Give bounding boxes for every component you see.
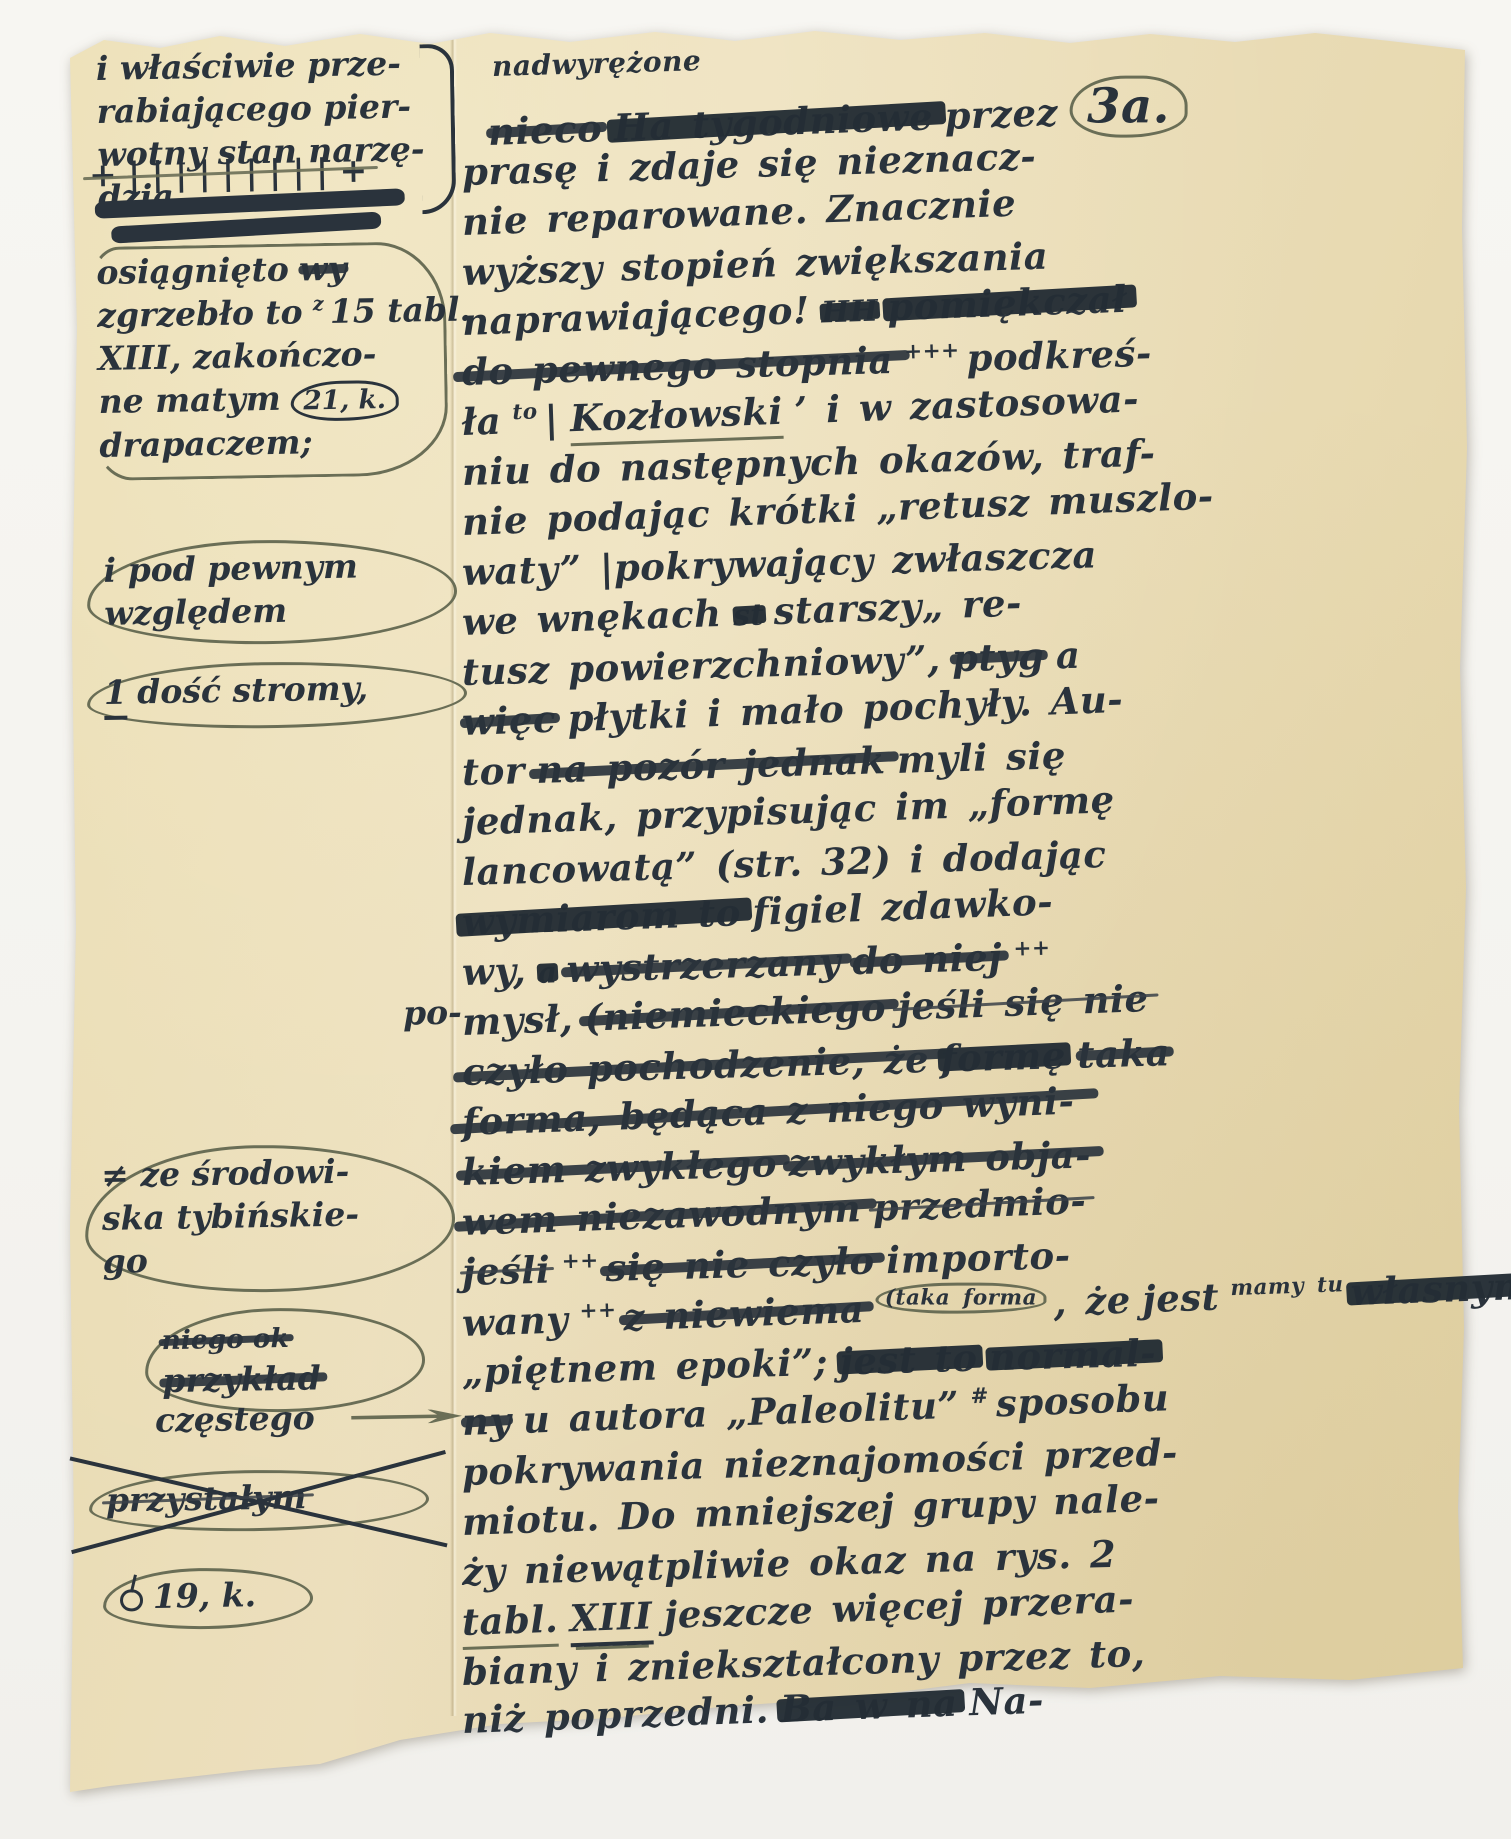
margin-line: 1dość stromy, xyxy=(104,666,445,720)
margin-note-zgrzeblo: osiągniętowyzgrzebło toz15 tabl.XIII, za… xyxy=(89,241,449,481)
text-segment: „piętnem epoki”; xyxy=(461,1340,828,1394)
text-segment: starszy„ re- xyxy=(773,580,1023,633)
text-segment: wystrzerzany xyxy=(566,939,841,991)
text-segment: | xyxy=(544,397,559,441)
text-segment: Na- xyxy=(968,1678,1044,1725)
text-segment: ’ i w zastosowa- xyxy=(794,376,1140,432)
text-segment: względem xyxy=(104,590,287,636)
text-segment: zwykłym obja- xyxy=(788,1132,1092,1184)
text-segment: do niej xyxy=(852,935,1003,983)
text-segment: mysł, xyxy=(461,996,574,1044)
margin-line: niego ok xyxy=(161,1313,402,1360)
text-segment: się nie czyło xyxy=(605,1238,875,1289)
text-segment: sposobu xyxy=(995,1375,1170,1425)
scribbled-out-line xyxy=(111,212,382,244)
text-segment: kiem zwykłego xyxy=(461,1141,777,1194)
margin-note-srodowisko: ≠ ze środowi-ska tybińskie-go xyxy=(84,1142,457,1295)
text-segment: 19, k. xyxy=(152,1574,256,1619)
margin-annotations-column: i właściwie prze-rabiającego pier-wotny … xyxy=(85,0,460,1839)
text-segment: formę xyxy=(940,1033,1066,1080)
text-segment: drapaczem; xyxy=(99,421,313,468)
text-segment: 21, k. xyxy=(291,379,399,421)
text-segment: st xyxy=(732,596,765,632)
scanned-manuscript: i właściwie prze-rabiającego pier-wotny … xyxy=(0,0,1511,1839)
text-segment: +++ xyxy=(904,338,960,365)
text-segment: to xyxy=(512,399,538,425)
margin-scribbled-out-words xyxy=(95,185,406,245)
margin-line: osiągniętowy xyxy=(96,246,427,295)
text-segment: zgrzebło to xyxy=(97,291,303,337)
text-segment: na pozór jednak xyxy=(536,738,886,792)
text-segment: przedmio- xyxy=(872,1178,1087,1229)
text-segment: taka xyxy=(1077,1030,1171,1077)
text-segment: ++ xyxy=(1013,936,1051,962)
text-segment: pomiękczał xyxy=(887,277,1128,329)
text-segment: wymiarom to xyxy=(461,890,741,944)
text-segment: a xyxy=(537,954,558,990)
text-segment: 1 xyxy=(104,672,128,720)
text-segment: częstego xyxy=(155,1397,315,1443)
text-segment: ne matym xyxy=(98,377,281,423)
text-segment: wy, xyxy=(461,948,526,994)
text-segment: wy xyxy=(299,248,347,292)
text-segment: Kozłowski xyxy=(569,389,783,446)
text-segment: wany xyxy=(461,1297,569,1345)
text-segment: nadwyrężone xyxy=(492,44,702,83)
margin-note-19k: 19, k. xyxy=(102,1566,313,1631)
text-line: nadwyrężone xyxy=(492,44,711,83)
margin-line: przystałym xyxy=(106,1474,407,1522)
text-segment: tabl. xyxy=(461,1597,559,1650)
text-segment: , że xyxy=(1053,1278,1132,1325)
margin-note-crossed-out: przystałym xyxy=(88,1467,429,1534)
text-segment: jeśli xyxy=(461,1248,551,1294)
margin-line: go xyxy=(102,1235,433,1284)
text-segment: jeśli się nie xyxy=(897,976,1149,1029)
pin-icon xyxy=(120,1589,143,1612)
text-segment: ptyg xyxy=(951,634,1045,681)
text-segment: osiągnięto xyxy=(96,249,289,295)
text-segment: po- xyxy=(403,992,463,1036)
text-segment: → xyxy=(342,1394,467,1439)
text-segment: HH xyxy=(821,292,879,329)
text-segment: naprawiającego! xyxy=(461,288,810,344)
text-segment: 15 tabl. xyxy=(329,288,471,333)
text-segment: jest xyxy=(1141,1275,1219,1322)
text-segment: tor xyxy=(461,748,525,794)
text-segment: więc xyxy=(461,697,556,744)
margin-line: ≠ ze środowi- xyxy=(101,1149,432,1198)
text-segment: we wnękach xyxy=(461,591,722,644)
margin-note-pod-pewnym: i pod pewnymwzględem xyxy=(86,537,458,647)
text-segment: ła xyxy=(461,399,502,444)
text-segment: ++ xyxy=(561,1248,599,1274)
text-segment: przykład xyxy=(162,1357,321,1403)
margin-line: względem xyxy=(104,587,435,636)
text-segment: (taka forma xyxy=(875,1283,1046,1314)
text-segment: go xyxy=(102,1240,148,1284)
text-segment: z niewiema xyxy=(623,1287,865,1339)
text-segment: u autora „Paleolitu” xyxy=(522,1383,960,1442)
text-segment: podkreś- xyxy=(966,331,1152,380)
margin-line: zgrzebło toz15 tabl. xyxy=(97,289,428,338)
text-segment: i pod pewnym xyxy=(103,546,358,593)
margin-line: rabiającego pier- xyxy=(96,85,434,134)
margin-note-dosc-stromy: 1dość stromy, xyxy=(86,659,467,732)
text-segment: niż poprzedni. xyxy=(461,1687,769,1742)
text-segment: a xyxy=(1055,633,1081,678)
margin-line: 19, k. xyxy=(120,1574,291,1620)
text-segment: 3a. xyxy=(1069,76,1187,138)
margin-line: i pod pewnym xyxy=(103,544,434,593)
text-segment: z xyxy=(313,292,324,317)
text-segment: mamy tu xyxy=(1230,1272,1344,1301)
text-segment: XIII xyxy=(569,1593,653,1647)
text-segment: normal- xyxy=(988,1331,1156,1380)
text-segment: dość stromy, xyxy=(137,667,369,714)
text-segment: ++ xyxy=(579,1298,617,1324)
margin-line: XIII, zakończo- xyxy=(98,332,429,381)
text-segment: rabiającego pier- xyxy=(96,85,411,133)
text-segment: myli się xyxy=(896,733,1066,782)
text-segment: przez xyxy=(944,90,1059,138)
text-segment: figiel zdawko- xyxy=(752,879,1054,933)
text-segment: przystałym xyxy=(106,1476,307,1522)
margin-line: ne matym21, k. xyxy=(98,375,429,425)
text-segment: ska tybińskie- xyxy=(102,1193,360,1240)
text-segment: do pewnego stopnia xyxy=(461,338,893,394)
margin-line: i właściwie prze- xyxy=(96,42,434,91)
margin-line: częstego→ xyxy=(155,1396,364,1443)
text-segment: wem niezawodnym xyxy=(461,1186,862,1244)
text-segment: ny xyxy=(461,1398,512,1444)
text-segment: ≠ ze środowi- xyxy=(101,1151,350,1198)
text-segment: importo- xyxy=(886,1233,1072,1282)
main-text-column: nadwyrężoneniecoHa tygodnioweprzez3a.pra… xyxy=(462,0,1482,1839)
text-segment: niego ok xyxy=(161,1322,289,1359)
margin-note-czestego: częstego→ xyxy=(155,1396,364,1443)
margin-line: ska tybińskie- xyxy=(102,1192,433,1241)
text-segment: # xyxy=(970,1384,989,1410)
text-segment: własnym xyxy=(1350,1264,1511,1314)
text-segment: (niemieckiego xyxy=(584,985,887,1039)
margin-line: drapaczem; xyxy=(99,419,430,468)
text-segment: XIII, zakończo- xyxy=(98,333,377,381)
text-segment: i właściwie prze- xyxy=(96,43,402,91)
text-segment: Ba w na xyxy=(780,1681,959,1731)
text-segment: jest to xyxy=(839,1336,978,1384)
